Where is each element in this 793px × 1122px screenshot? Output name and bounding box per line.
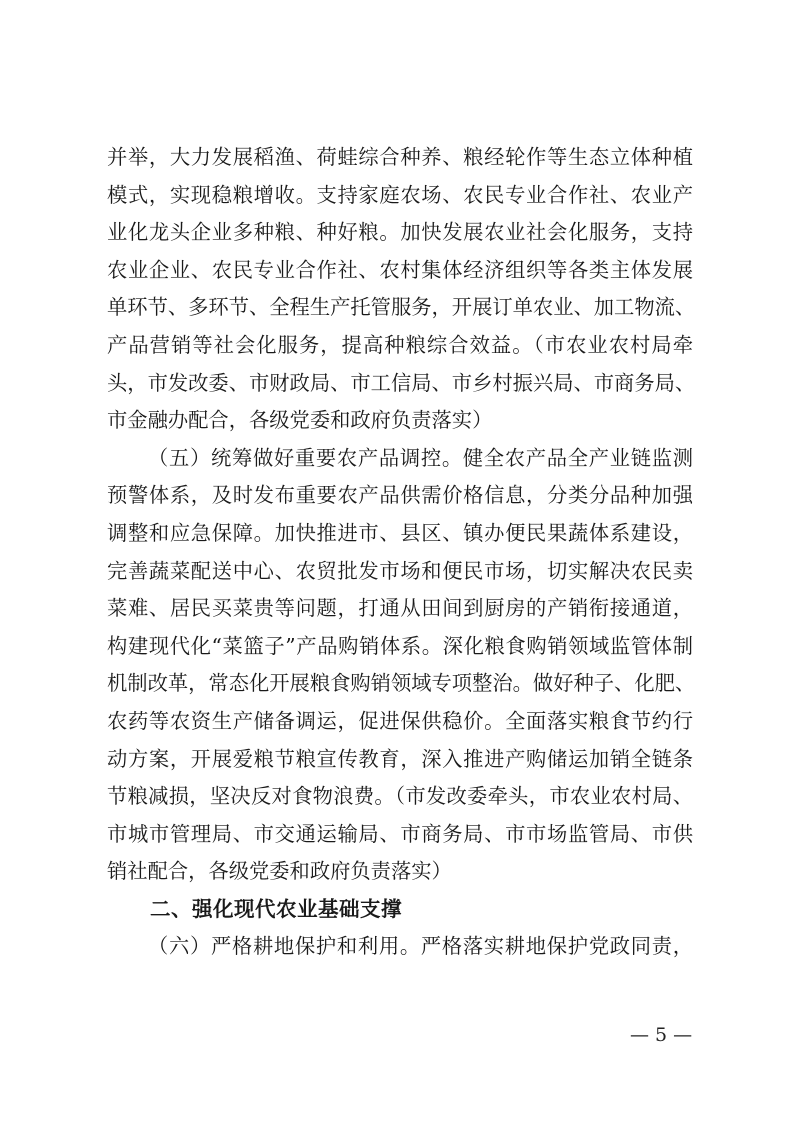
document-page: 并举，大力发展稻渔、荷蛙综合种养、粮经轮作等生态立体种植 模式，实现稳粮增收。支… [107,139,693,966]
text-line: 调整和应急保障。加快推进市、县区、镇办便民果蔬体系建设， [107,515,693,553]
text-line: （五）统筹做好重要农产品调控。健全农产品全产业链监测 [107,440,693,478]
text-line: 销社配合，各级党委和政府负责落实） [107,853,693,891]
text-line: 市城市管理局、市交通运输局、市商务局、市市场监管局、市供 [107,816,693,854]
text-line: 市金融办配合，各级党委和政府负责落实） [107,402,693,440]
text-line: 动方案，开展爱粮节粮宣传教育，深入推进产购储运加销全链条 [107,741,693,779]
section-heading: 二、强化现代农业基础支撑 [107,891,693,929]
text-line: 产品营销等社会化服务，提高种粮综合效益。（市农业农村局牵 [107,327,693,365]
text-line: 单环节、多环节、全程生产托管服务，开展订单农业、加工物流、 [107,289,693,327]
text-line: 农业企业、农民专业合作社、农村集体经济组织等各类主体发展 [107,252,693,290]
text-line: 机制改革，常态化开展粮食购销领域专项整治。做好种子、化肥、 [107,665,693,703]
text-line: 完善蔬菜配送中心、农贸批发市场和便民市场，切实解决农民卖 [107,553,693,591]
text-line: 并举，大力发展稻渔、荷蛙综合种养、粮经轮作等生态立体种植 [107,139,693,177]
text-line: 模式，实现稳粮增收。支持家庭农场、农民专业合作社、农业产 [107,177,693,215]
text-line: 业化龙头企业多种粮、种好粮。加快发展农业社会化服务，支持 [107,214,693,252]
text-line: 预警体系，及时发布重要农产品供需价格信息，分类分品种加强 [107,477,693,515]
text-line: 菜难、居民买菜贵等问题，打通从田间到厨房的产销衔接通道， [107,590,693,628]
text-line: （六）严格耕地保护和利用。严格落实耕地保护党政同责， [107,928,693,966]
paragraph-continued: 并举，大力发展稻渔、荷蛙综合种养、粮经轮作等生态立体种植 模式，实现稳粮增收。支… [107,139,693,440]
text-line: 节粮减损，坚决反对食物浪费。（市发改委牵头，市农业农村局、 [107,778,693,816]
paragraph-6: （六）严格耕地保护和利用。严格落实耕地保护党政同责， [107,928,693,966]
text-line: 头，市发改委、市财政局、市工信局、市乡村振兴局、市商务局、 [107,365,693,403]
text-line: 农药等农资生产储备调运，促进保供稳价。全面落实粮食节约行 [107,703,693,741]
page-number: — 5 — [630,1024,692,1046]
text-line: 构建现代化“菜篮子”产品购销体系。深化粮食购销领域监管体制 [107,628,693,666]
paragraph-5: （五）统筹做好重要农产品调控。健全农产品全产业链监测 预警体系，及时发布重要农产… [107,440,693,891]
